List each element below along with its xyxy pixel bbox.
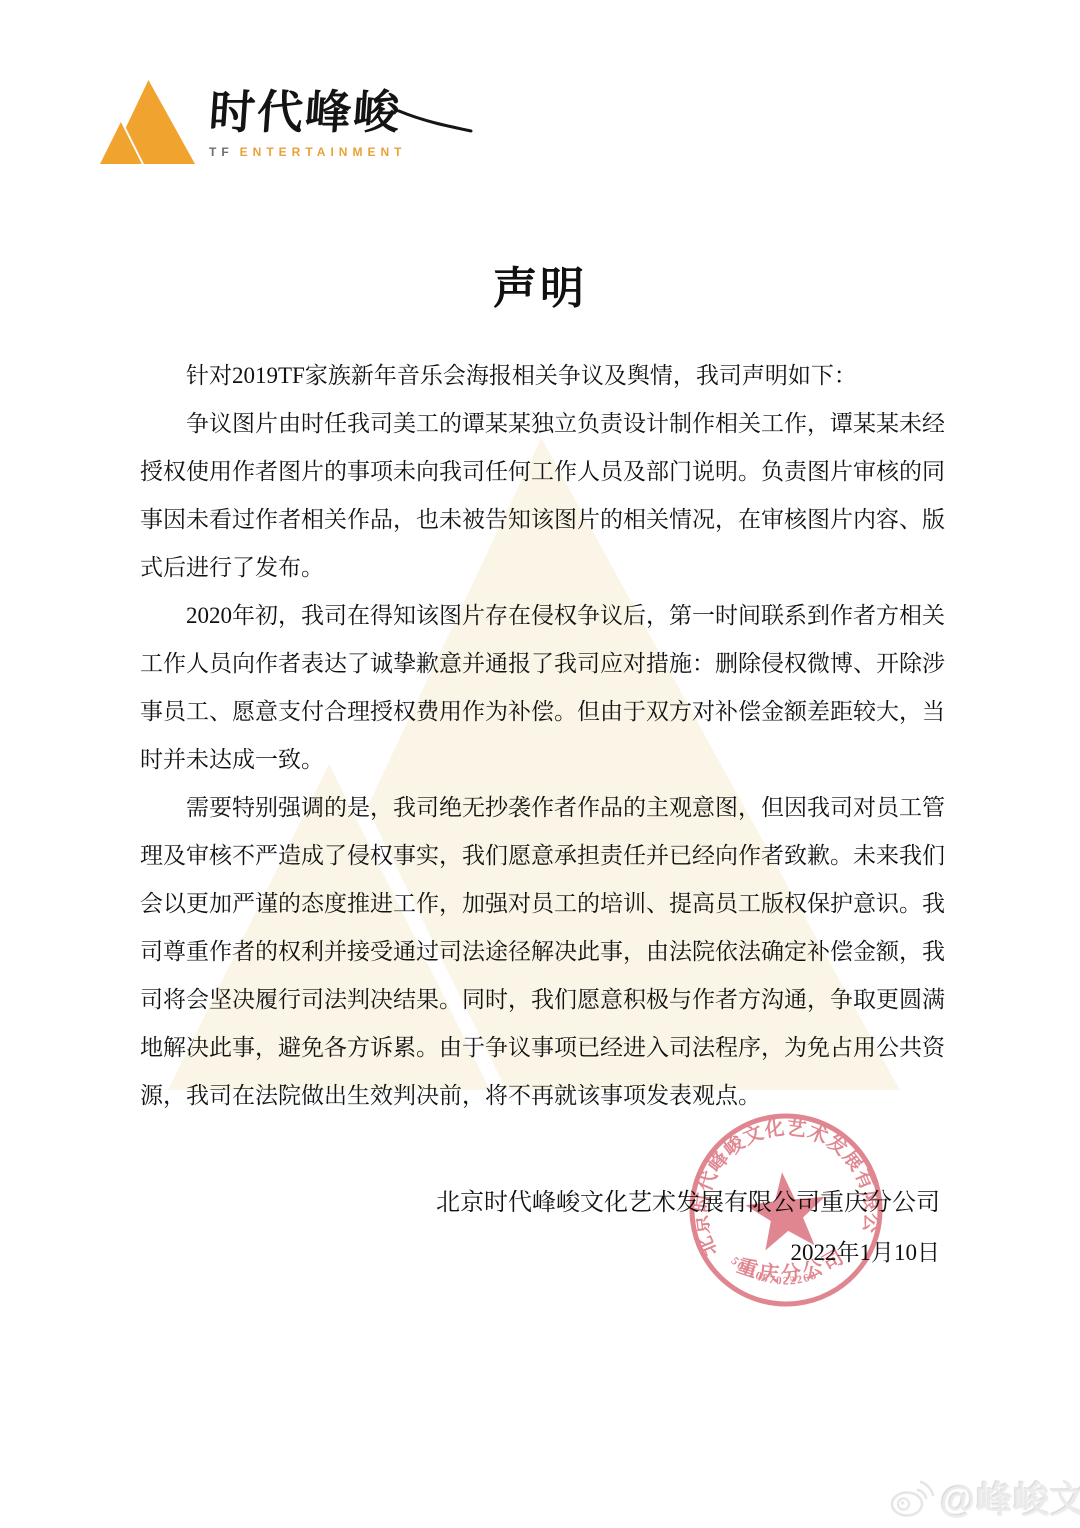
- logo-subtitle-entertainment: ENTERTAINMENT: [240, 145, 407, 159]
- logo-text-block: 时代峰峻 TFENTERTAINMENT: [209, 80, 473, 159]
- company-seal-stamp: 北京时代峰峻文化艺术发展有限公司 重庆分公司 5001087022268: [676, 1100, 896, 1320]
- weibo-watermark: @峰峻文化: [888, 1472, 1080, 1523]
- logo-wordmark: 时代峰峻: [207, 90, 402, 136]
- logo-subtitle-tf: TF: [209, 145, 234, 159]
- page-title: 声明: [0, 252, 1080, 316]
- seal-star-icon: [742, 1168, 829, 1252]
- logo-wordmark-line: 时代峰峻: [209, 90, 473, 136]
- statement-paragraph: 针对2019TF家族新年音乐会海报相关争议及舆情，我司声明如下：: [140, 352, 945, 400]
- statement-body: 针对2019TF家族新年音乐会海报相关争议及舆情，我司声明如下： 争议图片由时任…: [140, 352, 945, 1120]
- weibo-handle-text: @峰峻文化: [940, 1472, 1080, 1523]
- logo-subtitle: TFENTERTAINMENT: [209, 145, 473, 159]
- tf-triangle-logo-icon: [100, 80, 195, 164]
- statement-paragraph: 需要特别强调的是，我司绝无抄袭作者作品的主观意图，但因我司对员工管理及审核不严造…: [140, 784, 945, 1120]
- weibo-icon: [888, 1476, 936, 1520]
- statement-document-page: 时代峰峻 TFENTERTAINMENT 声明 针对2019TF家族新年音乐会海…: [0, 0, 1080, 1528]
- statement-paragraph: 2020年初，我司在得知该图片存在侵权争议后，第一时间联系到作者方相关工作人员向…: [140, 592, 945, 784]
- company-logo: 时代峰峻 TFENTERTAINMENT: [100, 80, 473, 164]
- calligraphy-flourish-icon: [397, 108, 473, 134]
- statement-paragraph: 争议图片由时任我司美工的谭某某独立负责设计制作相关工作，谭某某未经授权使用作者图…: [140, 400, 945, 592]
